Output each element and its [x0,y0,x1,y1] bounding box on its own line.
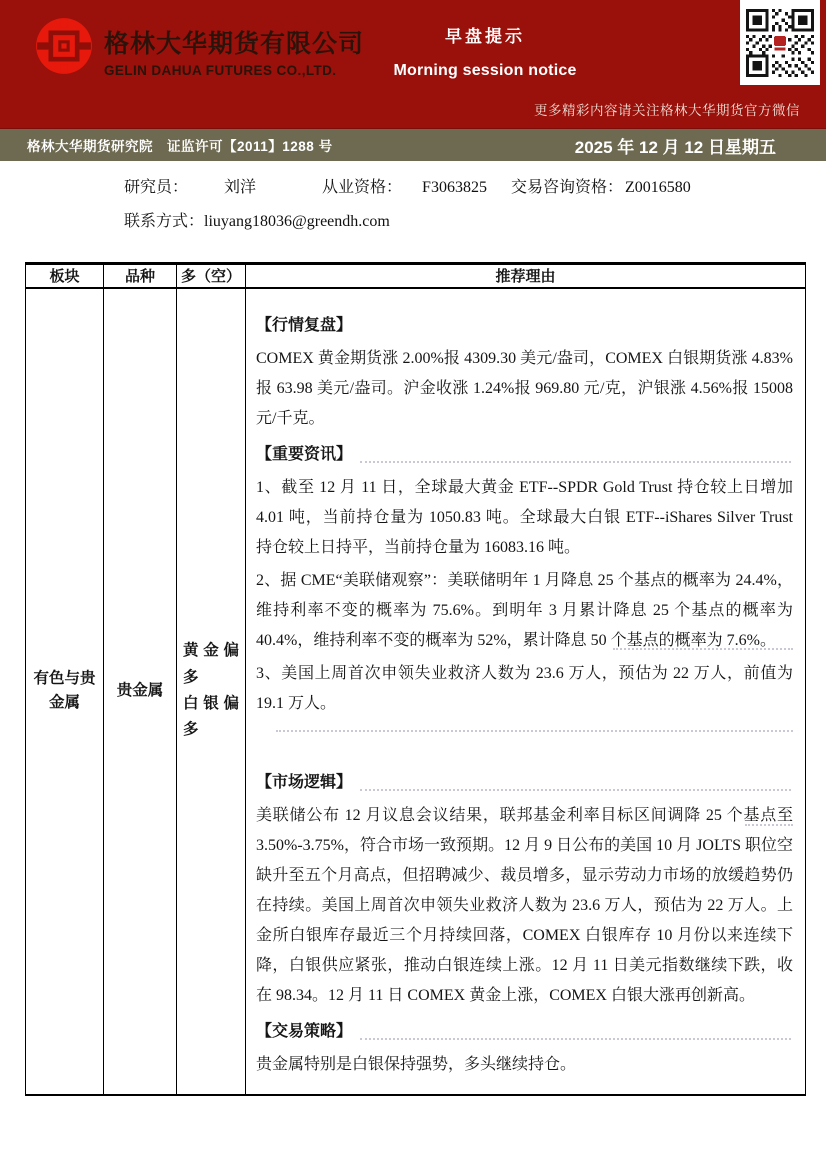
header-reason: 推荐理由 [246,264,806,288]
header-sector: 板块 [26,264,104,288]
dotted-rule [613,648,793,650]
news-item-2-text: 2、据 CME“美联储观察”：美联储明年 1 月降息 25 个基点的概率为 24… [256,572,793,649]
advisory-number: Z0016580 [625,178,691,198]
header-variety: 品种 [104,264,177,288]
qualification-label: 从业资格： [322,178,402,198]
report-title-cn: 早盘提示 [375,22,595,47]
company-name-block: 格林大华期货有限公司 GELIN DAHUA FUTURES CO.,LTD. [104,24,364,78]
wechat-qr-code [746,9,814,77]
researcher-name: 刘洋 [224,178,256,198]
news-item-3: 3、美国上周首次申领失业救济人数为 23.6 万人，预估为 22 万人，前值为 … [256,659,793,719]
morning-notice-page: 格林大华期货有限公司 GELIN DAHUA FUTURES CO.,LTD. … [0,0,826,1169]
market-logic-text: 美联储公布 12 月议息会议结果，联邦基金利率目标区间调降 25 个基点至 3.… [256,801,793,1011]
advisory-label: 交易咨询资格： [511,178,623,198]
market-logic-heading: 【市场逻辑】 [256,768,352,798]
section-market-review: 【行情复盘】 [256,311,793,341]
company-name-en: GELIN DAHUA FUTURES CO.,LTD. [104,63,364,78]
dotted-rule [360,461,791,463]
direction-gold: 黄金偏多 [183,638,239,691]
report-date: 2025 年 12 月 12 日星期五 [575,133,776,158]
market-review-text: COMEX 黄金期货涨 2.00%报 4309.30 美元/盎司，COMEX 白… [256,344,793,434]
spacer [256,732,793,768]
dotted-rule [360,1038,791,1040]
recommendation-table: 板块 品种 多（空） 推荐理由 有色与贵金属 贵金属 黄金偏多 白银偏多 【行情… [25,262,806,1096]
reason-cell: 【行情复盘】 COMEX 黄金期货涨 2.00%报 4309.30 美元/盎司，… [246,288,806,1095]
variety-cell: 贵金属 [104,288,177,1095]
table-row: 有色与贵金属 贵金属 黄金偏多 白银偏多 【行情复盘】 COMEX 黄金期货涨 … [26,288,806,1095]
news-item-1: 1、截至 12 月 11 日，全球最大黄金 ETF--SPDR Gold Tru… [256,473,793,563]
direction-cell: 黄金偏多 白银偏多 [177,288,246,1095]
institute-license-label: 格林大华期货研究院 证监许可【2011】1288 号 [27,135,333,155]
important-news-heading: 【重要资讯】 [256,440,352,470]
wechat-follow-note: 更多精彩内容请关注格林大华期货官方微信 [534,99,800,119]
qualification-number: F3063825 [422,178,487,198]
section-market-logic: 【市场逻辑】 [256,768,793,798]
wechat-qr-panel [740,0,820,85]
news-item-2: 2、据 CME“美联储观察”：美联储明年 1 月降息 25 个基点的概率为 24… [256,566,793,656]
report-title-en: Morning session notice [375,62,595,80]
section-important-news: 【重要资讯】 [256,440,793,470]
sector-cell: 有色与贵金属 [26,288,104,1095]
dotted-rule [360,789,791,791]
trade-strategy-heading: 【交易策略】 [256,1017,352,1047]
researcher-label: 研究员： [124,178,188,198]
contact-email: liuyang18036@greendh.com [204,212,390,232]
contact-line: 联系方式： liuyang18036@greendh.com [124,212,826,232]
dotted-rule [745,824,793,826]
market-logic-body: 美联储公布 12 月议息会议结果，联邦基金利率目标区间调降 25 个基点至 3.… [256,807,793,1004]
direction-silver: 白银偏多 [183,691,239,744]
section-trade-strategy: 【交易策略】 [256,1017,793,1047]
company-name-cn: 格林大华期货有限公司 [104,24,364,60]
trade-strategy-text: 贵金属特别是白银保持强势，多头继续持仓。 [256,1050,793,1080]
contact-label: 联系方式： [124,212,204,232]
subheader-bar: 格林大华期货研究院 证监许可【2011】1288 号 2025 年 12 月 1… [0,128,826,161]
table-header-row: 板块 品种 多（空） 推荐理由 [26,264,806,288]
header-direction: 多（空） [177,264,246,288]
market-review-heading: 【行情复盘】 [256,311,352,341]
report-title-block: 早盘提示 Morning session notice [375,22,595,80]
company-logo-icon [33,15,95,77]
header-banner: 格林大华期货有限公司 GELIN DAHUA FUTURES CO.,LTD. … [0,0,826,128]
researcher-line: 研究员： 刘洋 从业资格： F3063825 交易咨询资格： Z0016580 [124,178,826,198]
researcher-info: 研究员： 刘洋 从业资格： F3063825 交易咨询资格： Z0016580 … [0,161,826,232]
